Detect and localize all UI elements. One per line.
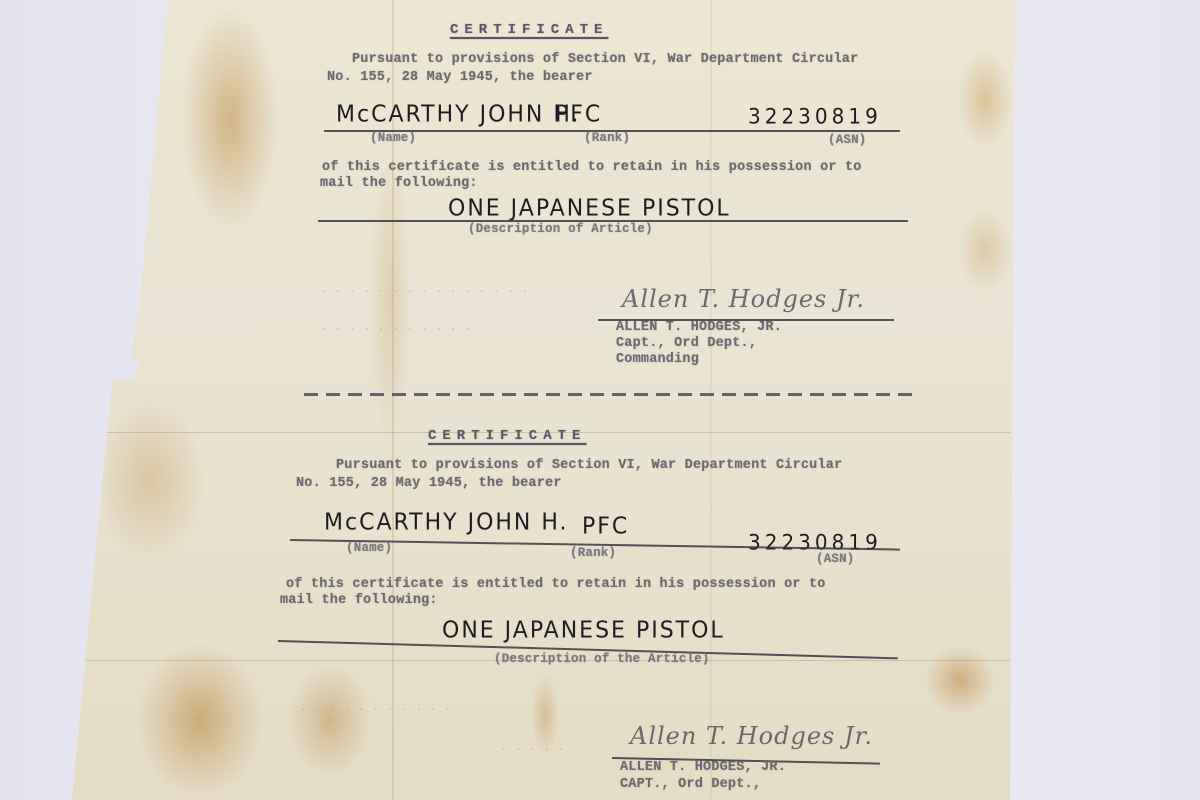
article-label: (Description of the Article) bbox=[494, 652, 710, 666]
faded-text: . . . . . bbox=[500, 740, 565, 754]
signer-title: CAPT., Ord Dept., bbox=[620, 777, 761, 792]
name-label: (Name) bbox=[346, 541, 392, 555]
article-description: ONE JAPANESE PISTOL bbox=[442, 617, 725, 643]
faded-text: . . . . . . . . . . . bbox=[300, 700, 451, 714]
bearer-rank: PFC bbox=[582, 513, 629, 539]
asn-label: (ASN) bbox=[816, 552, 855, 566]
body-line-1: of this certificate is entitled to retai… bbox=[286, 577, 826, 592]
intro-line-1: Pursuant to provisions of Section VI, Wa… bbox=[336, 458, 842, 473]
intro-line-2: No. 155, 28 May 1945, the bearer bbox=[296, 476, 562, 491]
bearer-asn: 32230819 bbox=[748, 529, 882, 554]
rank-label: (Rank) bbox=[570, 546, 616, 560]
certificate-title: CERTIFICATE bbox=[428, 428, 586, 444]
commander-signature: Allen T. Hodges Jr. bbox=[630, 722, 873, 750]
bearer-name: McCARTHY JOHN H. bbox=[324, 509, 569, 535]
signer-name: ALLEN T. HODGES, JR. bbox=[620, 760, 786, 775]
body-line-2: mail the following: bbox=[280, 593, 438, 608]
